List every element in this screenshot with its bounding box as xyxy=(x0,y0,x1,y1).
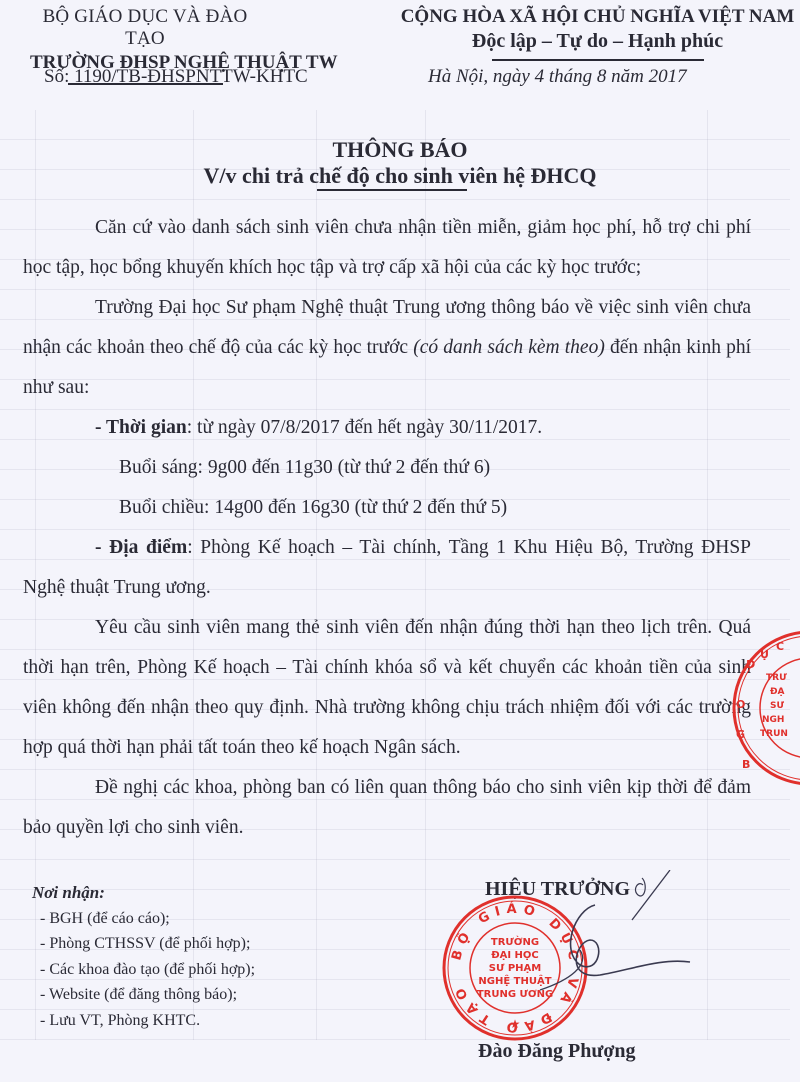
paragraph-basis: Căn cứ vào danh sách sinh viên chưa nhận… xyxy=(23,208,751,288)
document-title: THÔNG BÁO xyxy=(0,137,800,163)
document-number: Số: 1190/TB-ĐHSPNTTW-KHTC xyxy=(44,66,308,88)
recipient-item: - Phòng CTHSSV (để phối hợp); xyxy=(32,931,255,957)
location-label: - Địa điểm xyxy=(95,537,187,558)
recipient-item: - Các khoa đào tạo (để phối hợp); xyxy=(32,957,255,983)
national-header: CỘNG HÒA XÃ HỘI CHỦ NGHĨA VIỆT NAM Độc l… xyxy=(395,6,800,61)
paragraph-announcement: Trường Đại học Sư phạm Nghệ thuật Trung … xyxy=(23,288,751,408)
svg-text:ĐẠI HỌC: ĐẠI HỌC xyxy=(491,950,539,961)
seal-ring-text: BỘ GIÁO DỤC VÀ ĐÀO TẠO xyxy=(449,901,581,1035)
paragraph-request: Đề nghị các khoa, phòng ban có liên quan… xyxy=(23,768,751,848)
document-body: Căn cứ vào danh sách sinh viên chưa nhận… xyxy=(23,208,751,848)
morning-hours: Buổi sáng: 9g00 đến 11g30 (từ thứ 2 đến … xyxy=(23,448,751,488)
national-title: CỘNG HÒA XÃ HỘI CHỦ NGHĨA VIỆT NAM xyxy=(395,6,800,28)
afternoon-hours: Buổi chiều: 14g00 đến 16g30 (từ thứ 2 đế… xyxy=(23,488,751,528)
signer-name: Đào Đăng Phượng xyxy=(478,1040,636,1063)
motto-divider xyxy=(492,59,704,61)
attachment-note: (có danh sách kèm theo) xyxy=(413,337,605,358)
document-subtitle: V/v chi trả chế độ cho sinh viên hệ ĐHCQ xyxy=(0,163,800,189)
svg-text:C: C xyxy=(776,640,784,653)
time-value: : từ ngày 07/8/2017 đến hết ngày 30/11/2… xyxy=(187,417,542,438)
svg-text:TRƯỜNG: TRƯỜNG xyxy=(491,935,539,948)
official-seal-icon: BỘ GIÁO DỤC VÀ ĐÀO TẠO TRƯỜNG ĐẠI HỌC SƯ… xyxy=(440,893,590,1043)
recipients-heading: Nơi nhận: xyxy=(32,880,255,906)
national-motto: Độc lập – Tự do – Hạnh phúc xyxy=(395,30,800,53)
svg-text:Ụ: Ụ xyxy=(760,648,769,661)
svg-text:TRUNG ƯƠNG: TRUNG ƯƠNG xyxy=(477,989,553,1000)
recipients-block: Nơi nhận: - BGH (để cáo cáo); - Phòng CT… xyxy=(32,880,255,1033)
svg-text:SƯ: SƯ xyxy=(770,701,784,711)
svg-text:ĐẠ: ĐẠ xyxy=(770,687,785,697)
recipient-item: - Lưu VT, Phòng KHTC. xyxy=(32,1008,255,1034)
ministry-name: BỘ GIÁO DỤC VÀ ĐÀO TẠO xyxy=(30,6,260,50)
time-label: - Thời gian xyxy=(95,417,187,438)
subtitle-divider xyxy=(317,189,467,191)
time-line: - Thời gian: từ ngày 07/8/2017 đến hết n… xyxy=(23,408,751,448)
paragraph-requirements: Yêu cầu sinh viên mang thẻ sinh viên đến… xyxy=(23,608,751,768)
svg-text:NGH: NGH xyxy=(762,715,784,725)
svg-text:BỘ GIÁO DỤC VÀ ĐÀO TẠO: BỘ GIÁO DỤC VÀ ĐÀO TẠO xyxy=(449,901,581,1035)
signer-title: HIỆU TRƯỞNG xyxy=(485,878,630,901)
svg-text:★: ★ xyxy=(510,1017,521,1031)
recipient-item: - BGH (để cáo cáo); xyxy=(32,906,255,932)
svg-text:SƯ PHẠM: SƯ PHẠM xyxy=(489,963,541,974)
location-line: - Địa điểm: Phòng Kế hoạch – Tài chính, … xyxy=(23,528,751,608)
svg-text:TRUN: TRUN xyxy=(760,729,788,739)
place-date: Hà Nội, ngày 4 tháng 8 năm 2017 xyxy=(428,66,687,88)
svg-text:TRƯ: TRƯ xyxy=(766,673,787,683)
document-page: BỘ GIÁO DỤC VÀ ĐÀO TẠO TRƯỜNG ĐHSP NGHỆ … xyxy=(0,0,800,1082)
recipient-item: - Website (để đăng thông báo); xyxy=(32,982,255,1008)
svg-text:NGHỆ THUẬT: NGHỆ THUẬT xyxy=(478,974,551,987)
